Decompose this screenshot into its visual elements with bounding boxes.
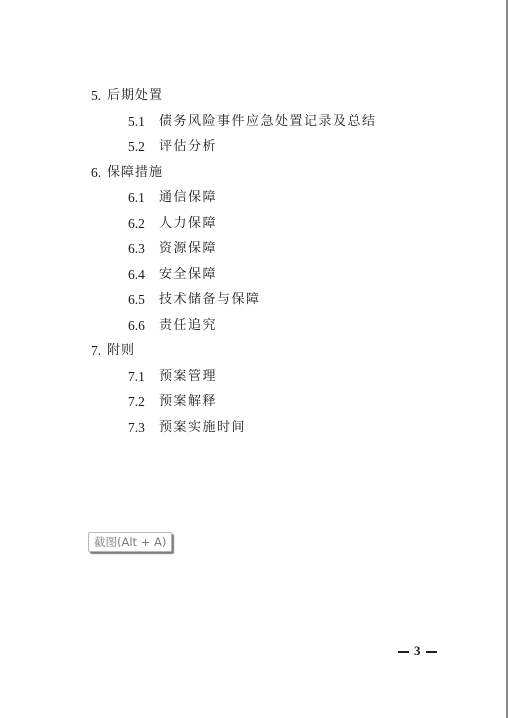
toc-item-6-1: 6.1 通信保障 (0, 188, 506, 214)
page-number: 3 (393, 643, 442, 659)
toc-label: 后期处置 (107, 86, 163, 106)
toc-label: 通信保障 (159, 188, 217, 208)
toc-item-7-2: 7.2 预案解释 (0, 392, 506, 418)
toc-number: 6.3 (128, 239, 145, 259)
dash-left (398, 651, 409, 653)
toc-item-5-1: 5.1 债务风险事件应急处置记录及总结 (0, 112, 506, 138)
toc-label: 债务风险事件应急处置记录及总结 (159, 112, 377, 132)
toc-section-6: 6. 保障措施 (0, 163, 506, 189)
toc-label: 评估分析 (159, 137, 217, 157)
toc-label: 预案解释 (159, 392, 217, 412)
toc-label: 预案管理 (159, 367, 217, 387)
toc-section-5: 5. 后期处置 (0, 86, 506, 112)
table-of-contents: 5. 后期处置 5.1 债务风险事件应急处置记录及总结 5.2 评估分析 6. … (0, 86, 506, 443)
toc-number: 7.1 (128, 367, 145, 387)
toc-number: 6.6 (128, 316, 145, 336)
dash-right (426, 651, 437, 653)
toc-item-5-2: 5.2 评估分析 (0, 137, 506, 163)
toc-label: 预案实施时间 (159, 418, 246, 438)
screenshot-shortcut-tooltip: 截图(Alt + A) (88, 532, 172, 552)
toc-item-7-1: 7.1 预案管理 (0, 367, 506, 393)
toc-label: 保障措施 (107, 163, 163, 183)
toc-number: 6.1 (128, 188, 145, 208)
document-page: 5. 后期处置 5.1 债务风险事件应急处置记录及总结 5.2 评估分析 6. … (0, 0, 508, 718)
toc-number: 6. (91, 163, 101, 183)
toc-label: 资源保障 (159, 239, 217, 259)
toc-number: 7.3 (128, 418, 145, 438)
toc-number: 7.2 (128, 392, 145, 412)
toc-label: 附则 (107, 341, 135, 361)
toc-item-6-2: 6.2 人力保障 (0, 214, 506, 240)
toc-label: 技术储备与保障 (159, 290, 261, 310)
toc-number: 5. (91, 86, 101, 106)
toc-section-7: 7. 附则 (0, 341, 506, 367)
toc-number: 6.4 (128, 265, 145, 285)
toc-label: 责任追究 (159, 316, 217, 336)
toc-item-6-5: 6.5 技术储备与保障 (0, 290, 506, 316)
toc-number: 6.2 (128, 214, 145, 234)
toc-label: 安全保障 (159, 265, 217, 285)
toc-number: 6.5 (128, 290, 145, 310)
toc-number: 7. (91, 341, 101, 361)
page-number-value: 3 (414, 643, 421, 658)
toc-number: 5.2 (128, 137, 145, 157)
toc-number: 5.1 (128, 112, 145, 132)
toc-item-6-4: 6.4 安全保障 (0, 265, 506, 291)
toc-label: 人力保障 (159, 214, 217, 234)
toc-item-6-3: 6.3 资源保障 (0, 239, 506, 265)
toc-item-7-3: 7.3 预案实施时间 (0, 418, 506, 444)
toc-item-6-6: 6.6 责任追究 (0, 316, 506, 342)
